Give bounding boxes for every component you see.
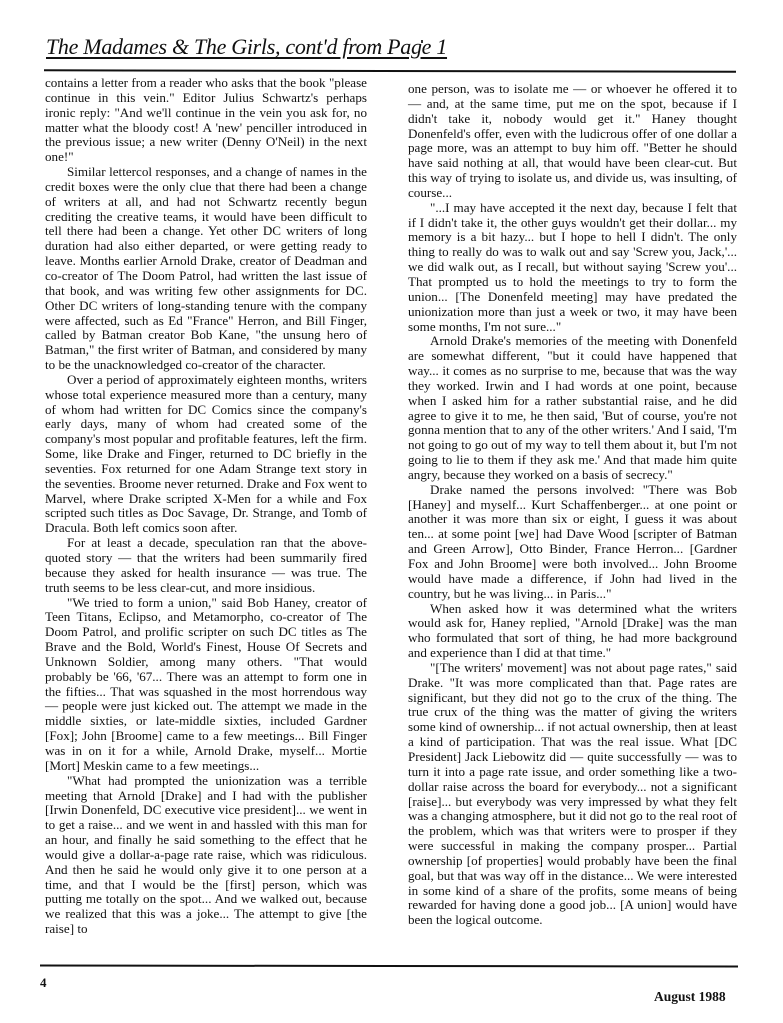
- scan-speck: [421, 40, 423, 43]
- paragraph: For at least a decade, speculation ran t…: [45, 536, 367, 595]
- issue-date: August 1988: [654, 989, 726, 1005]
- paragraph: "What had prompted the unionization was …: [45, 774, 367, 937]
- article-header: The Madames & The Girls, cont'd from Pag…: [46, 34, 447, 60]
- header-rule: [44, 69, 736, 72]
- left-column: contains a letter from a reader who asks…: [45, 76, 367, 937]
- footer-rule: [40, 965, 738, 968]
- paragraph: contains a letter from a reader who asks…: [45, 76, 367, 165]
- paragraph: Drake named the persons involved: "There…: [408, 483, 737, 602]
- paragraph: one person, was to isolate me — or whoev…: [408, 82, 737, 201]
- paragraph: When asked how it was determined what th…: [408, 602, 737, 661]
- paragraph: Over a period of approximately eighteen …: [45, 373, 367, 536]
- paragraph: "...I may have accepted it the next day,…: [408, 201, 737, 335]
- right-column: one person, was to isolate me — or whoev…: [408, 82, 737, 928]
- page-number: 4: [40, 975, 47, 991]
- paragraph: "We tried to form a union," said Bob Han…: [45, 596, 367, 774]
- paragraph: "[The writers' movement] was not about p…: [408, 661, 737, 928]
- paragraph: Similar lettercol responses, and a chang…: [45, 165, 367, 373]
- continued-headline: The Madames & The Girls, cont'd from Pag…: [46, 34, 447, 59]
- paragraph: Arnold Drake's memories of the meeting w…: [408, 334, 737, 482]
- scan-speck: [378, 43, 380, 46]
